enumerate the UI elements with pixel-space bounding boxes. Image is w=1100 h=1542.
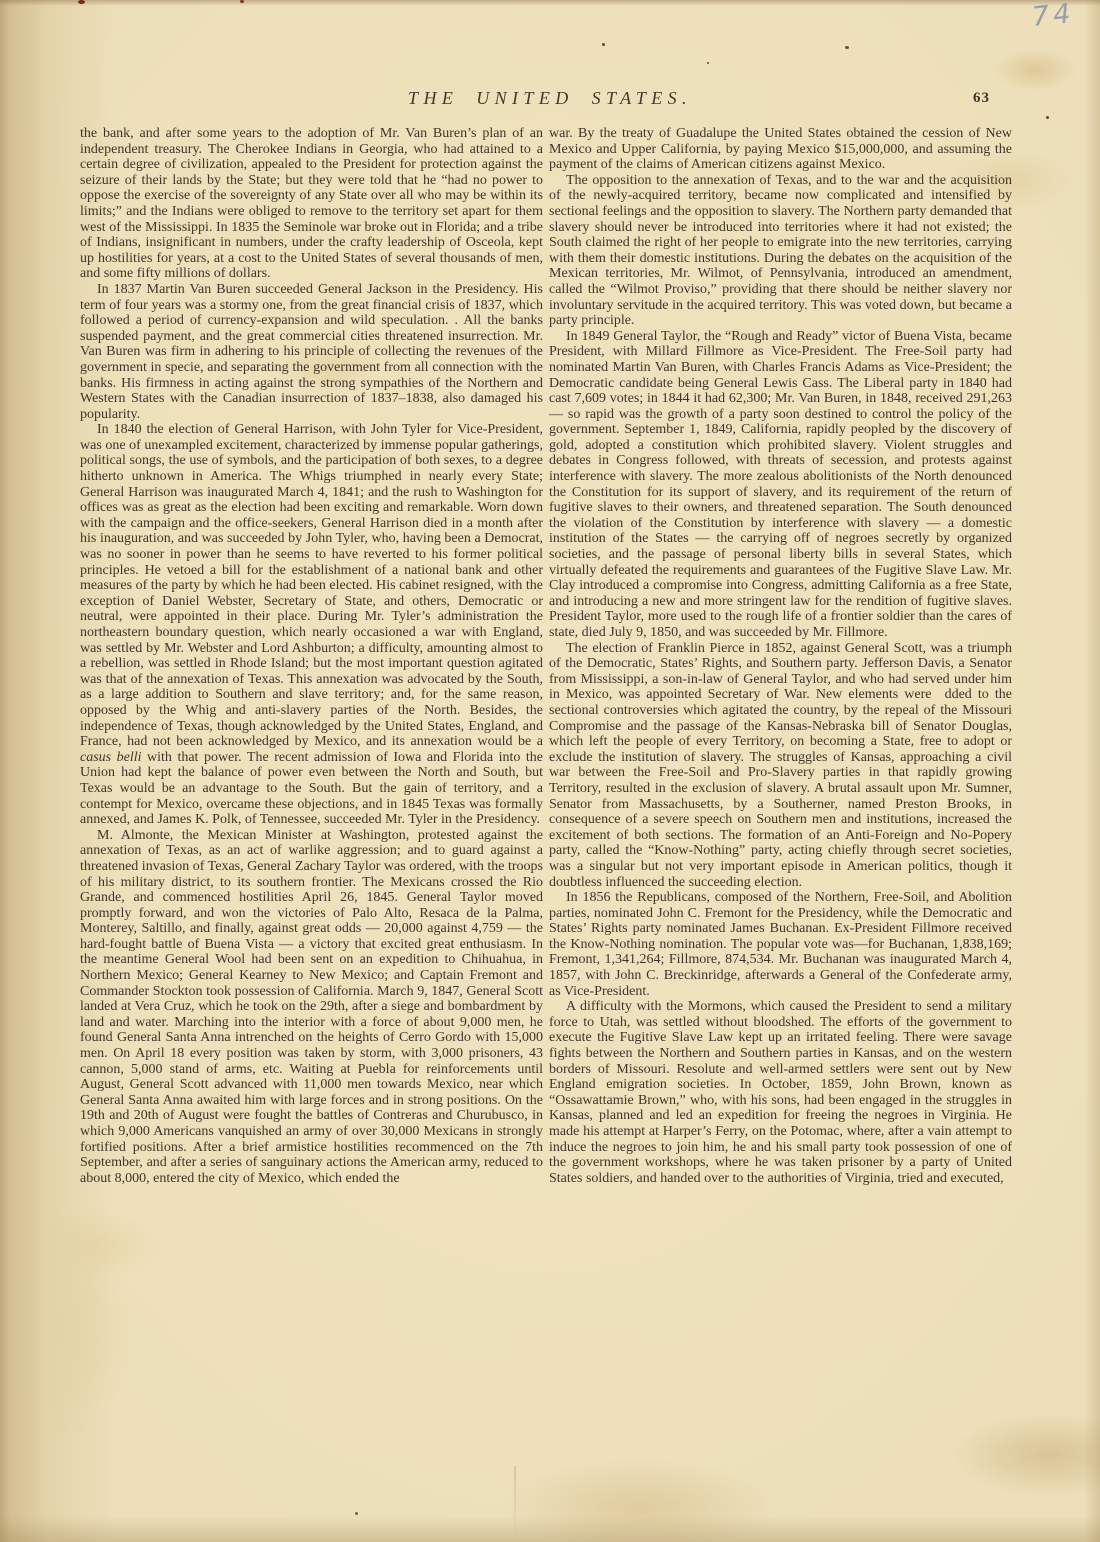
left-column: the bank, and after some years to the ad… [80,126,543,1186]
text-run: In 1856 the Republicans, composed of the… [549,890,1012,999]
paragraph: M. Almonte, the Mexican Minister at Wash… [80,828,543,1187]
scanned-page: 74 THE UNITED STATES. 63 the bank, and a… [0,0,1100,1542]
text-run: A difficulty with the Mormons, which cau… [549,999,1012,1186]
paragraph: the bank, and after some years to the ad… [80,126,543,282]
paper-speck [602,43,605,46]
text-run: In 1837 Martin Van Buren succeeded Gener… [80,282,543,422]
page-title: THE UNITED STATES. [0,88,1100,109]
paper-speck [240,0,244,3]
text-run: In 1849 General Taylor, the “Rough and R… [549,329,1012,640]
paper-speck [1046,116,1049,119]
paragraph: In 1849 General Taylor, the “Rough and R… [549,329,1012,641]
paragraph: In 1856 the Republicans, composed of the… [549,890,1012,999]
paper-speck [845,46,849,49]
page-header: THE UNITED STATES. 63 [0,88,1100,114]
paragraph: The opposition to the annexation of Texa… [549,173,1012,329]
paragraph: war. By the treaty of Guadalupe the Unit… [549,126,1012,173]
text-run: war. By the treaty of Guadalupe the Unit… [549,126,1012,172]
text-columns: the bank, and after some years to the ad… [80,126,1012,1186]
right-column: war. By the treaty of Guadalupe the Unit… [549,126,1012,1186]
paper-speck [707,62,709,64]
text-run: The election of Franklin Pierce in 1852,… [549,641,1012,890]
paragraph: In 1837 Martin Van Buren succeeded Gener… [80,282,543,422]
paper-speck [78,0,85,4]
paper-crease [514,1466,516,1542]
paragraph: In 1840 the election of General Harrison… [80,422,543,827]
italic-text-run: casus belli [80,750,142,765]
text-run: the bank, and after some years to the ad… [80,126,543,281]
text-run: with that power. The recent admission of… [80,750,543,827]
paragraph: A difficulty with the Mormons, which cau… [549,999,1012,1186]
page-number: 63 [973,90,990,107]
handwritten-page-note: 74 [1030,0,1075,33]
text-run: In 1840 the election of General Harrison… [80,422,543,749]
paper-speck [355,1512,358,1515]
paragraph: The election of Franklin Pierce in 1852,… [549,641,1012,891]
text-run: M. Almonte, the Mexican Minister at Wash… [80,828,543,1186]
text-run: The opposition to the annexation of Texa… [549,173,1012,328]
